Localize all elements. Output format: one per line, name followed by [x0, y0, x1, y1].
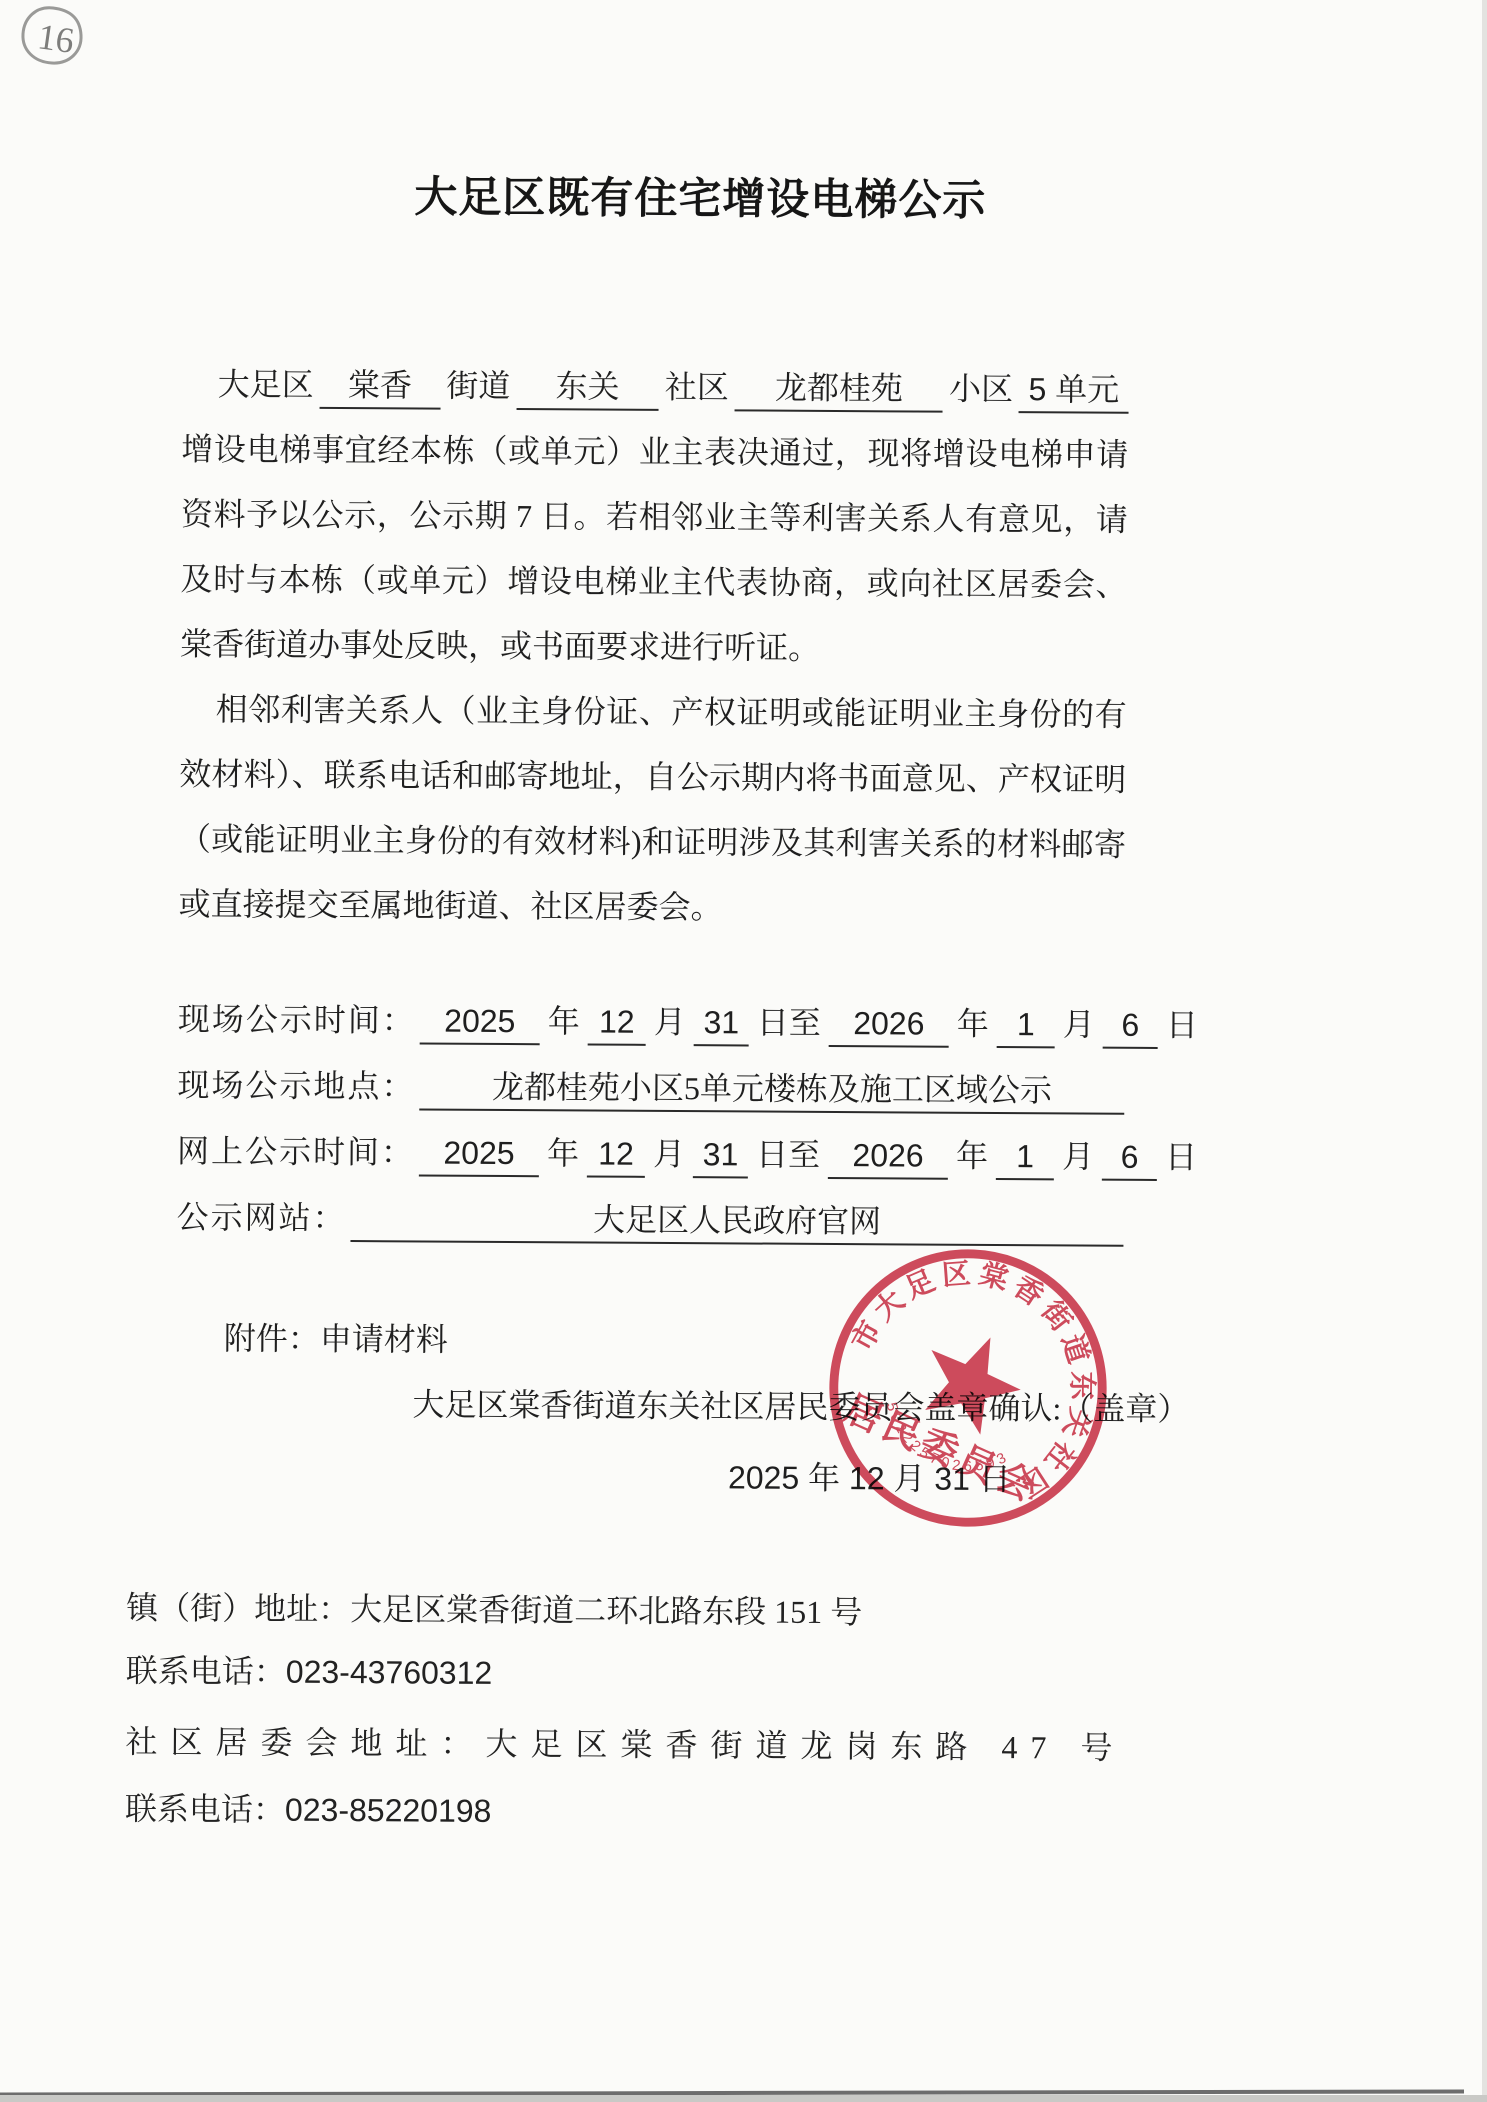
online-day2: 6	[1121, 1139, 1139, 1175]
website-blank: 大足区人民政府官网	[350, 1196, 1123, 1247]
para2-body: 相邻利害关系人（业主身份证、产权证明或能证明业主身份的有效材料）、联系电话和邮寄…	[178, 677, 1127, 943]
para1-body: 增设电梯事宜经本栋（或单元）业主表决通过，现将增设电梯申请资料予以公示，公示期 …	[180, 417, 1129, 683]
onsite-day1-blank: 31	[694, 1000, 749, 1046]
document-body: 大足区既有住宅增设电梯公示 大足区 棠香 街道 东关 社区 龙都桂苑 小区 5 …	[173, 170, 1130, 1847]
community-phone-label: 联系电话：	[125, 1791, 285, 1828]
street-fill-blank: 棠香	[320, 363, 441, 410]
district-text: 大足区	[217, 352, 313, 418]
community-address-label: 社区居委会地址：	[125, 1724, 485, 1762]
scan-edge-bottom	[0, 2095, 1487, 2102]
street-fill-text: 棠香	[348, 367, 412, 403]
street-suffix-text: 街道	[446, 354, 510, 419]
street-phone-value: 023-43760312	[286, 1654, 493, 1691]
onsite-place-row: 现场公示地点： 龙都桂苑小区5单元楼栋及施工区域公示	[177, 1053, 1124, 1125]
website-label: 公示网站：	[176, 1185, 346, 1251]
onsite-year1-blank: 2025	[420, 998, 540, 1045]
schedule-block: 现场公示时间： 2025 年 12 月 31 日至 2026 年 1 月 6 日…	[176, 987, 1125, 1257]
online-month2-blank: 1	[996, 1134, 1054, 1180]
community-fill-blank: 东关	[516, 364, 659, 411]
online-time-label: 网上公示时间：	[177, 1119, 415, 1185]
online-time-row: 网上公示时间： 2025 年 12 月 31 日至 2026 年 1 月 6 日	[177, 1119, 1124, 1191]
community-fill-text: 东关	[555, 368, 619, 404]
onsite-time-label: 现场公示时间：	[178, 987, 416, 1053]
online-year1: 2025	[443, 1135, 514, 1171]
community-suffix-text: 社区	[665, 355, 729, 420]
online-day1-blank: 31	[693, 1132, 748, 1178]
street-address-line: 镇（街）地址：大足区棠香街道二环北路东段 151 号	[126, 1577, 1121, 1646]
street-phone-label: 联系电话：	[126, 1653, 286, 1690]
onsite-day1: 31	[703, 1004, 739, 1040]
confirmation-line: 大足区棠香街道东关社区居民委员会盖章确认:（盖章）	[175, 1371, 1122, 1442]
onsite-place-blank: 龙都桂苑小区5单元楼栋及施工区域公示	[419, 1064, 1124, 1114]
street-phone-line: 联系电话：023-43760312	[126, 1640, 1121, 1709]
online-year1-blank: 2025	[419, 1130, 539, 1177]
onsite-day2-blank: 6	[1103, 1003, 1158, 1049]
community-phone-value: 023-85220198	[285, 1792, 492, 1829]
onsite-year2: 2026	[853, 1005, 924, 1041]
signature-date: 2025 年 12 月 31 日	[175, 1442, 1122, 1513]
closing-block: 附件：申请材料 大足区棠香街道东关社区居民委员会盖章确认:（盖章） 2025 年…	[175, 1306, 1123, 1513]
onsite-month1-blank: 12	[588, 999, 646, 1045]
unit-month: 月	[654, 990, 686, 1055]
street-address-value: 大足区棠香街道二环北路东段 151 号	[350, 1591, 862, 1630]
unit-month: 月	[1063, 992, 1095, 1057]
unit-fill-text: 5 单元	[1028, 371, 1119, 408]
onsite-time-row: 现场公示时间： 2025 年 12 月 31 日至 2026 年 1 月 6 日	[178, 987, 1125, 1059]
page-number-text: 16	[35, 16, 76, 61]
onsite-month2: 1	[1017, 1006, 1035, 1042]
estate-fill-blank: 龙都桂苑	[735, 365, 944, 412]
scan-edge-right	[1482, 0, 1487, 2102]
onsite-month2-blank: 1	[997, 1002, 1055, 1048]
community-address-value: 大足区棠香街道龙岗东路 47 号	[485, 1726, 1125, 1766]
online-year2-blank: 2026	[828, 1133, 948, 1180]
estate-fill-text: 龙都桂苑	[775, 370, 903, 407]
attachment-line: 附件：申请材料	[176, 1306, 1123, 1377]
unit-month: 月	[653, 1122, 685, 1187]
onsite-place-label: 现场公示地点：	[177, 1053, 415, 1119]
document-title: 大足区既有住宅增设电梯公示	[227, 170, 1174, 228]
community-address-line: 社区居委会地址：大足区棠香街道龙岗东路 47 号	[125, 1711, 1120, 1780]
online-month2: 1	[1016, 1138, 1034, 1174]
website-value: 大足区人民政府官网	[593, 1202, 881, 1240]
unit-day-to: 日至	[757, 991, 821, 1056]
online-day1: 31	[703, 1136, 739, 1172]
handwritten-page-number: 16	[14, 0, 92, 84]
community-phone-line: 联系电话：023-85220198	[125, 1778, 1120, 1847]
estate-suffix-text: 小区	[949, 357, 1013, 422]
street-address-label: 镇（街）地址：	[126, 1590, 350, 1627]
online-year2: 2026	[852, 1137, 923, 1173]
online-day2-blank: 6	[1102, 1135, 1157, 1181]
unit-year: 年	[956, 1124, 988, 1189]
online-month1-blank: 12	[587, 1131, 645, 1177]
unit-day: 日	[1166, 993, 1198, 1058]
onsite-year2-blank: 2026	[829, 1001, 949, 1048]
unit-fill-blank: 5 单元	[1019, 367, 1129, 414]
para1-first-line: 大足区 棠香 街道 东关 社区 龙都桂苑 小区 5 单元	[181, 352, 1128, 423]
contact-block: 镇（街）地址：大足区棠香街道二环北路东段 151 号 联系电话：023-4376…	[125, 1577, 1122, 1847]
unit-day-to: 日至	[756, 1123, 820, 1188]
scanned-notice-page: 16 大足区既有住宅增设电梯公示 大足区 棠香 街道 东关 社区 龙都桂苑 小区…	[0, 0, 1487, 2102]
onsite-place-value: 龙都桂苑小区5单元楼栋及施工区域公示	[492, 1069, 1052, 1108]
unit-year: 年	[957, 992, 989, 1057]
unit-year: 年	[547, 1121, 579, 1186]
unit-month: 月	[1062, 1124, 1094, 1189]
unit-year: 年	[548, 989, 580, 1054]
onsite-year1: 2025	[444, 1003, 515, 1039]
online-month1: 12	[598, 1136, 634, 1172]
unit-day: 日	[1165, 1125, 1197, 1190]
website-row: 公示网站： 大足区人民政府官网	[176, 1185, 1123, 1257]
onsite-month1: 12	[599, 1004, 635, 1040]
onsite-day2: 6	[1121, 1007, 1139, 1043]
